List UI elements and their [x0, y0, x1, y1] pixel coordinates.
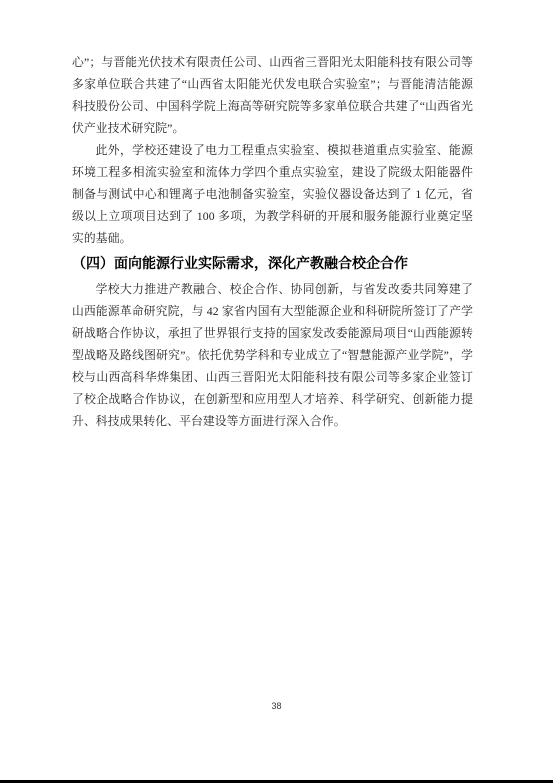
- page-text-block: 心”；与晋能光伏技术有限责任公司、山西省三晋阳光太阳能科技有限公司等多家单位联合…: [72, 51, 473, 432]
- paragraph-continuation: 心”；与晋能光伏技术有限责任公司、山西省三晋阳光太阳能科技有限公司等多家单位联合…: [72, 51, 473, 139]
- document-page: 心”；与晋能光伏技术有限责任公司、山西省三晋阳光太阳能科技有限公司等多家单位联合…: [0, 0, 553, 783]
- section-heading: （四）面向能源行业实际需求，深化产教融合校企合作: [72, 251, 473, 275]
- page-number: 38: [0, 701, 553, 712]
- paragraph-labs: 此外，学校还建设了电力工程重点实验室、模拟巷道重点实验室、能源环境工程多相流实验…: [72, 139, 473, 249]
- paragraph-cooperation: 学校大力推进产教融合、校企合作、协同创新，与省发改委共同筹建了山西能源革命研究院…: [72, 278, 473, 432]
